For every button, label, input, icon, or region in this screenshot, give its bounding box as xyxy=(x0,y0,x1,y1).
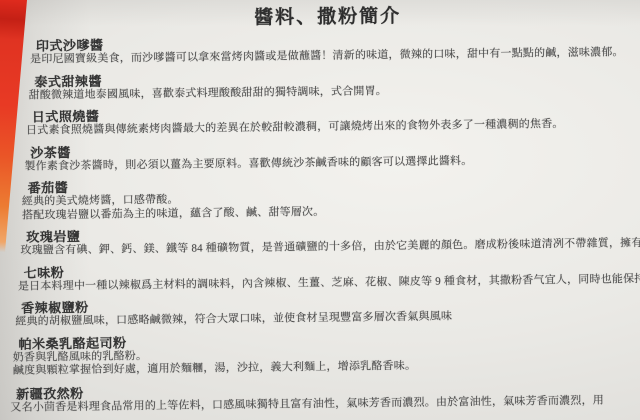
powder-section-parmesan: 帕米桑乳酪起司粉 奶香與乳酪風味的乳酪粉。 鹹度與顆粒掌握恰到好處，適用於麵糰，… xyxy=(13,328,640,378)
powder-section-shichimi: 七味粉 是日本料理中一種以辣椒爲主材料的調味料，內含辣椒、生薑、芝麻、花椒、陳皮… xyxy=(18,257,640,293)
powder-section-cumin: 新疆孜然粉 又名小茴香是料理食品常用的上等佐料，口感風味獨特且富有油性，氣味芳香… xyxy=(10,378,640,414)
sauce-section-teriyaki: 日式照燒醬 日式素食照燒醬與傳統素烤肉醬最大的差異在於較甜較濃稠，可讓燒烤出來的… xyxy=(26,102,640,138)
page-title: 醬料、撒粉簡介 xyxy=(0,3,640,33)
powder-section-rose-salt: 玫瑰岩鹽 玫瑰鹽含有碘、鉀、鈣、鎂、鐵等 84 種礦物質，是普通礦鹽的十多倍，由… xyxy=(20,222,640,258)
sauce-section-thai-sweet-chili: 泰式甜辣醬 甜酸微辣道地泰國風味，喜歡泰式料理酸酸甜甜的獨特調味，式合開胃。 xyxy=(28,66,640,102)
sauce-section-shacha: 沙茶醬 製作素食沙茶醬時，則必須以薑為主要原料。喜歡傳統沙茶鹹香味的顧客可以選擇… xyxy=(24,137,640,173)
sauce-section-ketchup: 番茄醬 經典的美式燒烤醬，口感帶酸。 搭配玫瑰岩鹽以番茄為主的味道，蘊含了酸、鹹… xyxy=(22,173,640,223)
paper-sheet: 醬料、撒粉簡介 印式沙嗲醬 是印尼國寶級美食，而沙嗲醬可以拿來當烤肉醬或是做蘸醬… xyxy=(0,0,640,420)
menu-page-photo: 醬料、撒粉簡介 印式沙嗲醬 是印尼國寶級美食，而沙嗲醬可以拿來當烤肉醬或是做蘸醬… xyxy=(0,0,640,420)
powder-section-pepper-salt: 香辣椒鹽粉 經典的胡椒鹽風味，口感略鹹微辣，符合大眾口味，並使食材呈現豐富多層次… xyxy=(15,293,640,329)
sauce-section-satay: 印式沙嗲醬 是印尼國寶級美食，而沙嗲醬可以拿來當烤肉醬或是做蘸醬！清新的味道，微… xyxy=(30,31,640,67)
